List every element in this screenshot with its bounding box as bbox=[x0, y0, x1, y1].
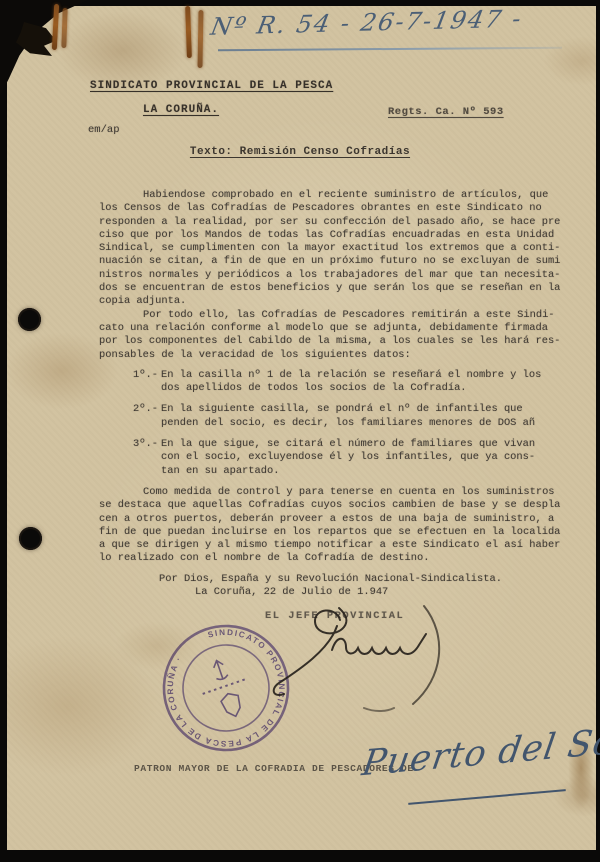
signature bbox=[244, 596, 460, 720]
paragraph-2: Por todo ello, las Cofradías de Pescador… bbox=[99, 309, 567, 362]
paragraph-1: Habiendose comprobado en el reciente sum… bbox=[99, 189, 567, 309]
list-item: 2º.- En la siguiente casilla, se pondrá … bbox=[133, 403, 567, 430]
rust-mark bbox=[197, 10, 203, 68]
list-item-number: 2º.- bbox=[133, 403, 161, 430]
letter-body: Habiendose comprobado en el reciente sum… bbox=[99, 189, 567, 624]
paragraph-3: Como medida de control y para tenerse en… bbox=[99, 486, 567, 566]
document-scan: Nº R. 54 - 26-7-1947 - SINDICATO PROVINC… bbox=[0, 0, 600, 862]
list-item-text: En la casilla nº 1 de la relación se res… bbox=[161, 369, 567, 396]
punch-hole bbox=[19, 527, 42, 550]
letterhead-organization: SINDICATO PROVINCIAL DE LA PESCA bbox=[90, 80, 333, 92]
closing-slogan: Por Dios, España y su Revolución Naciona… bbox=[159, 573, 567, 586]
subject-text: Texto: Remisión Censo Cofradías bbox=[190, 146, 410, 158]
list-item-number: 1º.- bbox=[133, 369, 161, 396]
list-item-number: 3º.- bbox=[133, 438, 161, 478]
list-item-text: En la que sigue, se citará el número de … bbox=[161, 438, 567, 478]
reference-initials: em/ap bbox=[88, 124, 120, 136]
instruction-list: 1º.- En la casilla nº 1 de la relación s… bbox=[99, 369, 567, 478]
list-item: 3º.- En la que sigue, se citará el númer… bbox=[133, 438, 567, 478]
letterhead-city: LA CORUÑA. bbox=[143, 104, 219, 116]
list-item: 1º.- En la casilla nº 1 de la relación s… bbox=[133, 369, 567, 396]
punch-hole bbox=[18, 308, 41, 331]
subject-line: Texto: Remisión Censo Cofradías bbox=[0, 146, 600, 158]
registry-number: Regts. Ca. Nº 593 bbox=[388, 106, 504, 118]
list-item-text: En la siguiente casilla, se pondrá el nº… bbox=[161, 403, 567, 430]
